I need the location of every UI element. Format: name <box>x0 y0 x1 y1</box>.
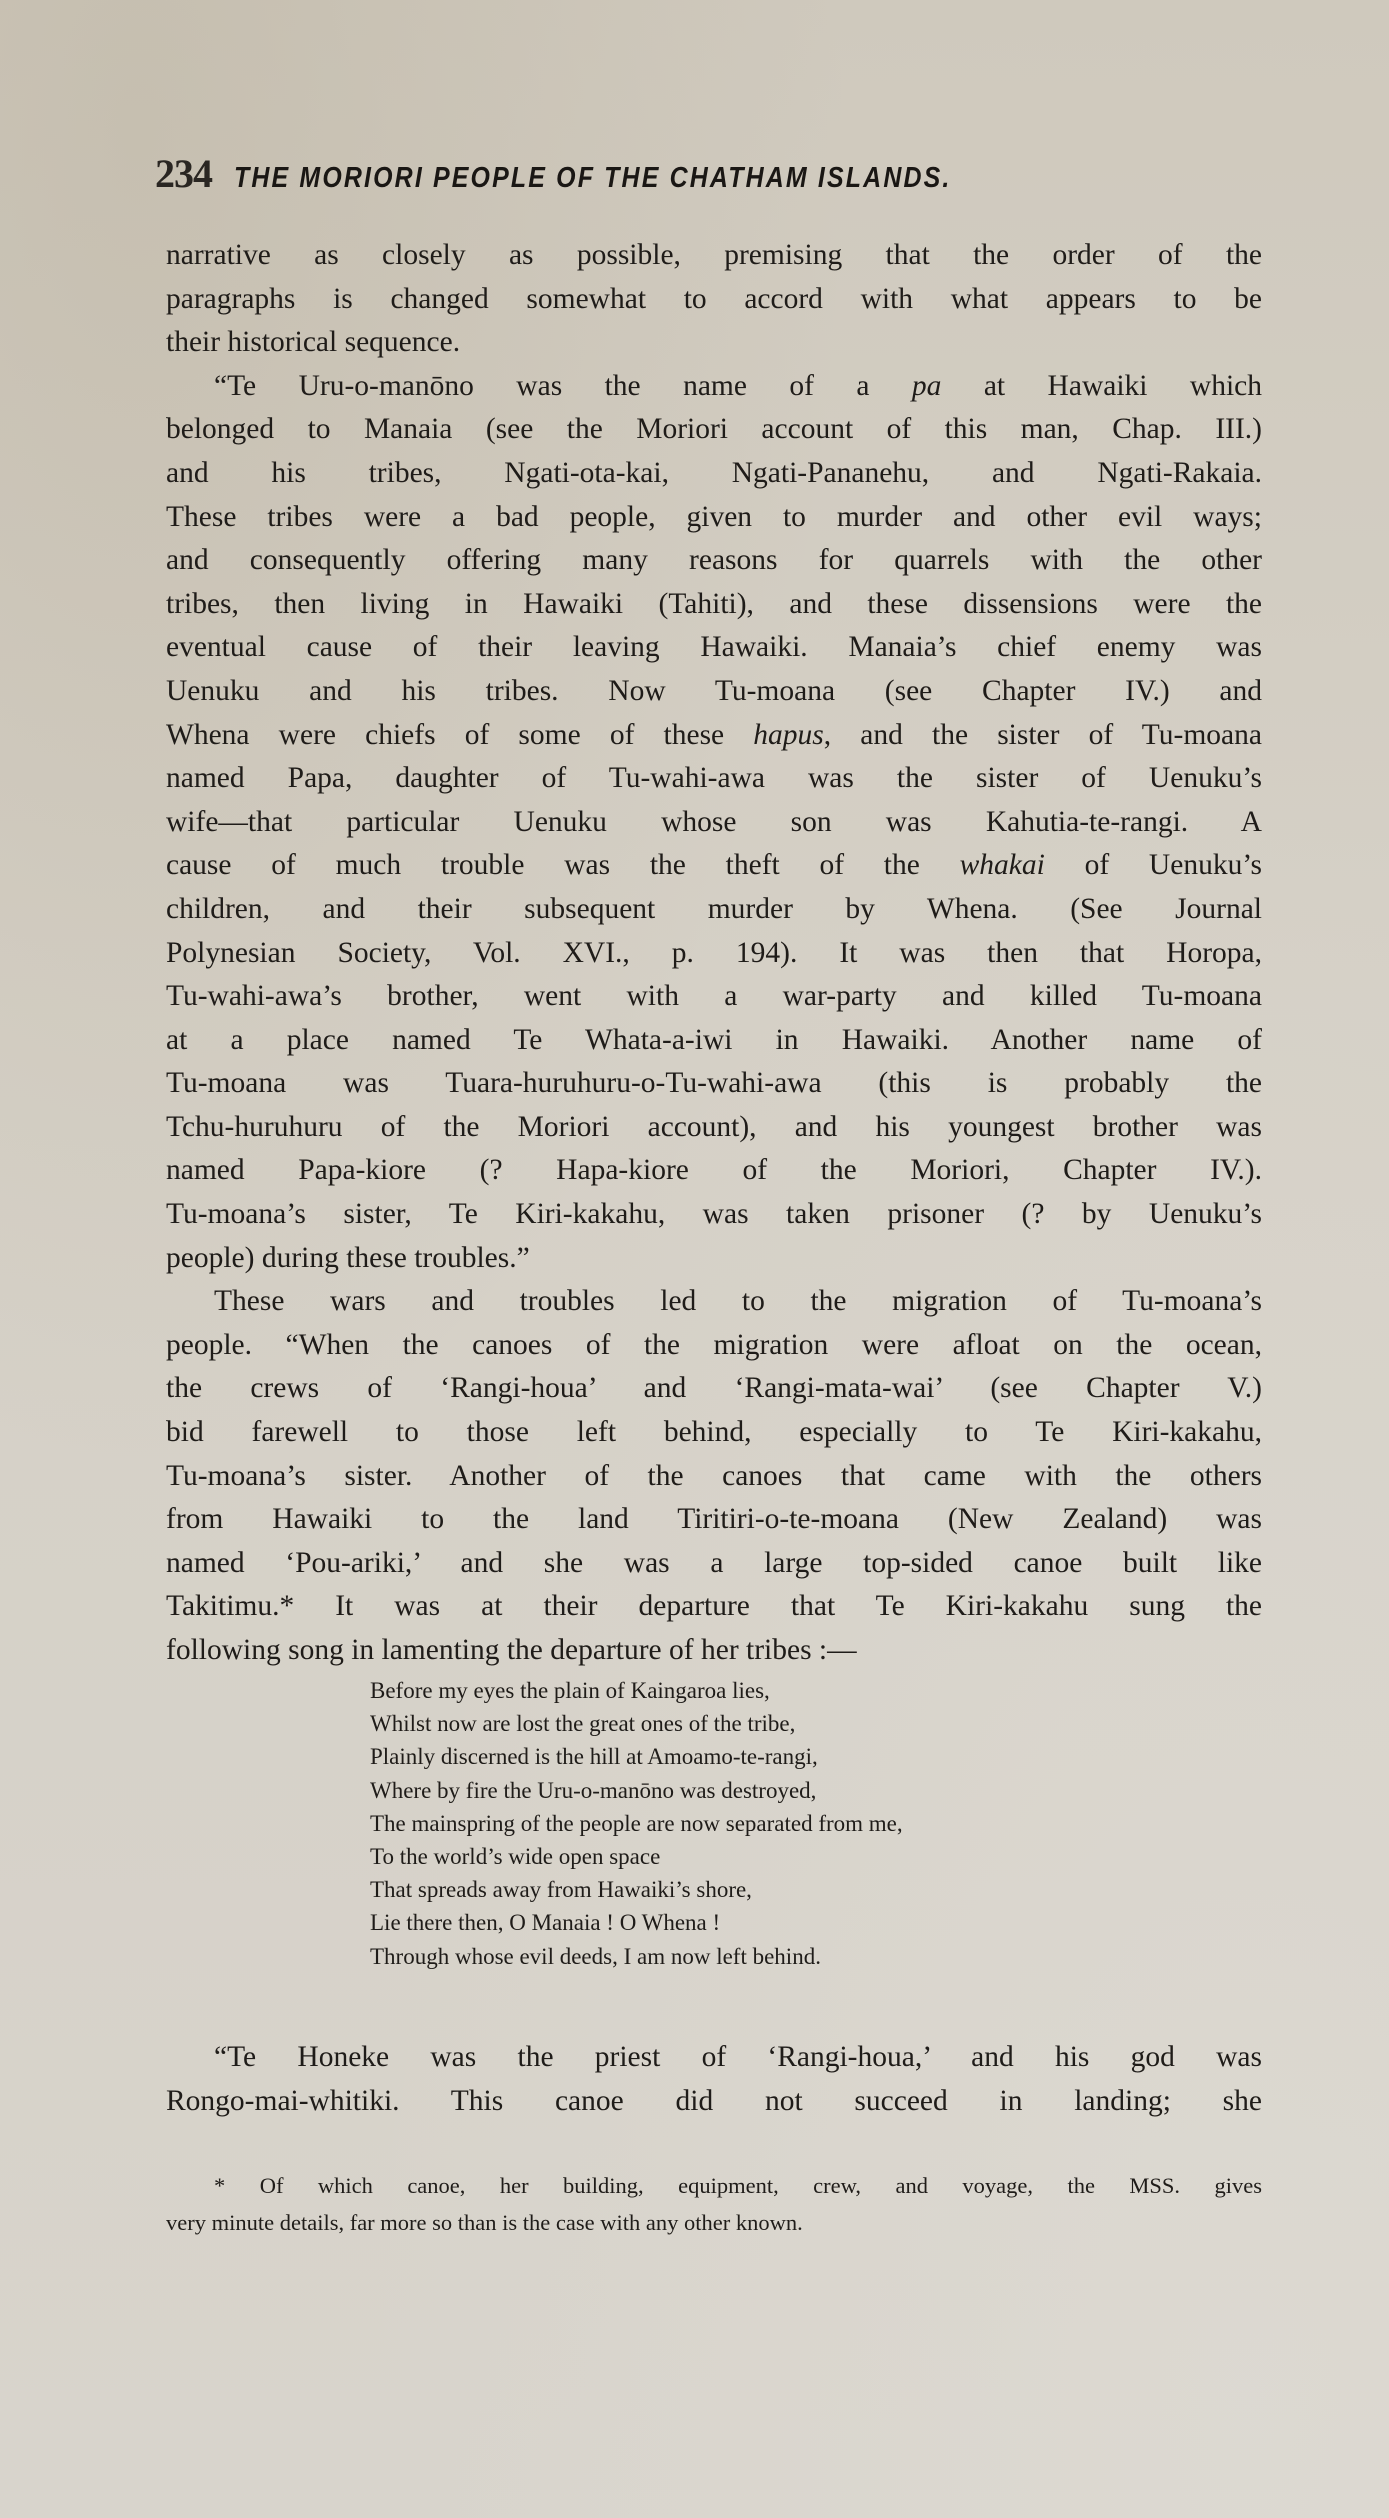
text-fragment: of Uenuku’s <box>1045 849 1262 881</box>
text-line: Tu-moana’s sister. Another of the canoes… <box>166 1455 1262 1499</box>
text-line: following song in lamenting the departur… <box>166 1629 1262 1673</box>
text-fragment: , and the sister of Tu-moana <box>824 719 1262 751</box>
text-line: These tribes were a bad people, given to… <box>166 496 1262 540</box>
text-line: named Papa-kiore (? Hapa-kiore of the Mo… <box>166 1149 1262 1193</box>
text-line: at a place named Te Whata-a-iwi in Hawai… <box>166 1019 1262 1063</box>
text-line: their historical sequence. <box>166 321 1262 365</box>
text-line: children, and their subsequent murder by… <box>166 888 1262 932</box>
text-line: the crews of ‘Rangi-houa’ and ‘Rangi-mat… <box>166 1367 1262 1411</box>
poem-line: Whilst now are lost the great ones of th… <box>370 1707 903 1740</box>
running-head: 234 THE MORIORI PEOPLE OF THE CHATHAM IS… <box>155 150 1275 210</box>
poem-line: Through whose evil deeds, I am now left … <box>370 1940 903 1973</box>
text-line: bid farewell to those left behind, espec… <box>166 1411 1262 1455</box>
footnote-line: very minute details, far more so than is… <box>166 2204 1262 2241</box>
text-line: wife—that particular Uenuku whose son wa… <box>166 801 1262 845</box>
text-line: Tu-moana was Tuara-huruhuru-o-Tu-wahi-aw… <box>166 1062 1262 1106</box>
text-line: named Papa, daughter of Tu-wahi-awa was … <box>166 757 1262 801</box>
text-line: eventual cause of their leaving Hawaiki.… <box>166 626 1262 670</box>
text-line: tribes, then living in Hawaiki (Tahiti),… <box>166 583 1262 627</box>
italic-term: pa <box>912 370 942 402</box>
text-line-with-italic: cause of much trouble was the theft of t… <box>166 844 1262 888</box>
poem-line: Where by fire the Uru-o-manōno was destr… <box>370 1774 903 1807</box>
poem-block: Before my eyes the plain of Kaingaroa li… <box>370 1674 903 1973</box>
text-line: Uenuku and his tribes. Now Tu-moana (see… <box>166 670 1262 714</box>
text-line: paragraphs is changed somewhat to accord… <box>166 278 1262 322</box>
poem-line: Lie there then, O Manaia ! O Whena ! <box>370 1906 903 1939</box>
text-line: and his tribes, Ngati-ota-kai, Ngati-Pan… <box>166 452 1262 496</box>
italic-term: whakai <box>960 849 1045 881</box>
text-line: people. “When the canoes of the migratio… <box>166 1324 1262 1368</box>
text-fragment: Whena were chiefs of some of these <box>166 719 753 751</box>
poem-line: Plainly discerned is the hill at Amoamo-… <box>370 1740 903 1773</box>
text-line: Polynesian Society, Vol. XVI., p. 194). … <box>166 932 1262 976</box>
footnote-line: * Of which canoe, her building, equipmen… <box>166 2167 1262 2204</box>
text-fragment: cause of much trouble was the theft of t… <box>166 849 960 881</box>
poem-line: The mainspring of the people are now sep… <box>370 1807 903 1840</box>
text-line-with-italic: Whena were chiefs of some of these hapus… <box>166 714 1262 758</box>
text-line: from Hawaiki to the land Tiritiri-o-te-m… <box>166 1498 1262 1542</box>
text-line: people) during these troubles.” <box>166 1237 1262 1281</box>
text-line: belonged to Manaia (see the Moriori acco… <box>166 408 1262 452</box>
page-number: 234 <box>155 150 212 197</box>
text-line: Tchu-huruhuru of the Moriori account), a… <box>166 1106 1262 1150</box>
text-line: Tu-wahi-awa’s brother, went with a war-p… <box>166 975 1262 1019</box>
italic-term: hapus <box>753 719 823 751</box>
footnote: * Of which canoe, her building, equipmen… <box>166 2167 1262 2241</box>
text-line: named ‘Pou-ariki,’ and she was a large t… <box>166 1542 1262 1586</box>
poem-line: Before my eyes the plain of Kaingaroa li… <box>370 1674 903 1707</box>
text-line: “Te Honeke was the priest of ‘Rangi-houa… <box>166 2036 1262 2080</box>
text-line: Tu-moana’s sister, Te Kiri-kakahu, was t… <box>166 1193 1262 1237</box>
text-line: and consequently offering many reasons f… <box>166 539 1262 583</box>
text-line: narrative as closely as possible, premis… <box>166 234 1262 278</box>
running-title: THE MORIORI PEOPLE OF THE CHATHAM ISLAND… <box>234 162 952 195</box>
text-line: Takitimu.* It was at their departure tha… <box>166 1585 1262 1629</box>
text-fragment: “Te Uru-o-manōno was the name of a <box>214 370 912 402</box>
poem-line: That spreads away from Hawaiki’s shore, <box>370 1873 903 1906</box>
main-text: narrative as closely as possible, premis… <box>166 234 1262 1673</box>
book-page: 234 THE MORIORI PEOPLE OF THE CHATHAM IS… <box>0 0 1389 2518</box>
poem-line: To the world’s wide open space <box>370 1840 903 1873</box>
continuation-paragraph: “Te Honeke was the priest of ‘Rangi-houa… <box>166 2036 1262 2123</box>
text-line-with-italic: “Te Uru-o-manōno was the name of a pa at… <box>166 365 1262 409</box>
text-fragment: at Hawaiki which <box>941 370 1262 402</box>
text-line: These wars and troubles led to the migra… <box>166 1280 1262 1324</box>
text-line: Rongo-mai-whitiki. This canoe did not su… <box>166 2080 1262 2124</box>
